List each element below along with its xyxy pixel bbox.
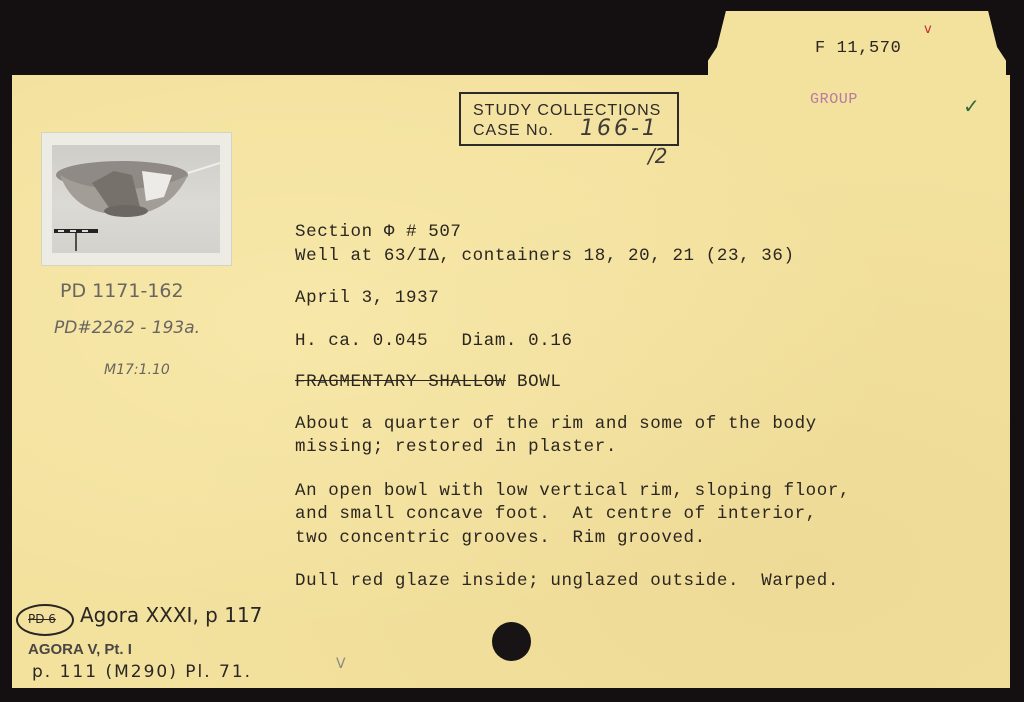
case-fraction: /2: [648, 144, 667, 168]
title-kept-word: BOWL: [506, 372, 562, 392]
page-plate-reference: p. 111 (M290) Pl. 71.: [32, 662, 252, 682]
agora-xxxi-reference: Agora XXXI, p 117: [80, 603, 262, 627]
stamp-case-label: CASE No.: [473, 122, 554, 140]
roman-numeral-mark: V: [336, 656, 346, 672]
catalog-number: F 11,570: [815, 37, 901, 60]
inventory-note: M17:1.10: [104, 362, 170, 378]
bowl-illustration: [52, 145, 220, 253]
glaze-line: Dull red glaze inside; unglazed outside.…: [295, 570, 839, 593]
struck-pd-note: PD 6: [28, 612, 56, 626]
green-check-mark-icon: ✓: [963, 94, 980, 118]
condition-line-1: About a quarter of the rim and some of t…: [295, 413, 817, 436]
group-label: GROUP: [810, 88, 858, 111]
description-line-2: and small concave foot. At centre of int…: [295, 503, 817, 526]
agora-v-reference: AGORA V, Pt. I: [28, 641, 132, 658]
punch-hole: [492, 622, 531, 661]
object-photo: [42, 133, 231, 265]
red-check-mark: v: [924, 22, 932, 37]
pd-note-1: PD 1171-162: [60, 280, 184, 302]
condition-line-2: missing; restored in plaster.: [295, 436, 617, 459]
circled-struck-note: PD 6: [16, 604, 74, 636]
pd-note-2: PD#2262 - 193a.: [54, 318, 200, 338]
context-line: Well at 63/IΔ, containers 18, 20, 21 (23…: [295, 245, 795, 268]
dimensions-line: H. ca. 0.045 Diam. 0.16: [295, 330, 573, 353]
photo-image: [52, 145, 220, 253]
object-title: FRAGMENTARY SHALLOW BOWL: [295, 371, 561, 394]
struck-title-words: FRAGMENTARY SHALLOW: [295, 372, 506, 392]
date-line: April 3, 1937: [295, 287, 439, 310]
section-line: Section Φ # 507: [295, 221, 462, 244]
description-line-3: two concentric grooves. Rim grooved.: [295, 527, 706, 550]
case-number: 166-1: [580, 116, 659, 141]
description-line-1: An open bowl with low vertical rim, slop…: [295, 480, 850, 503]
